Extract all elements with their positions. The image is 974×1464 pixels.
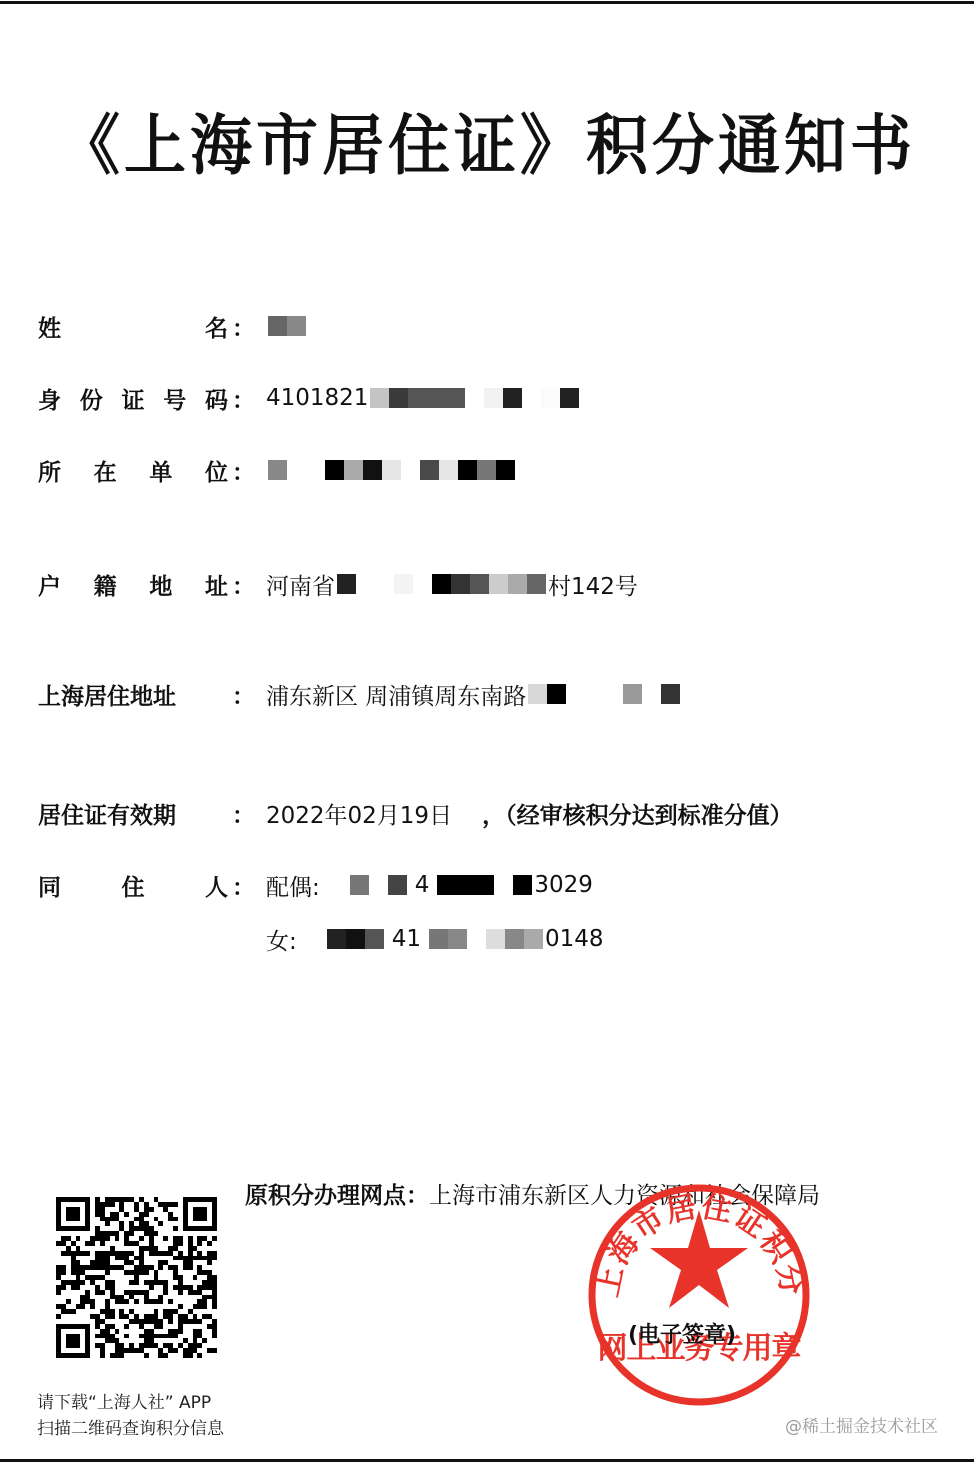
field-label: 身份证号码 <box>38 382 228 415</box>
field-label: 上海居住地址 <box>38 678 228 711</box>
redaction-mosaic <box>437 875 532 895</box>
colon: ： <box>228 678 266 711</box>
colon: ： <box>228 797 266 830</box>
redaction-mosaic <box>370 388 579 408</box>
top-border <box>0 1 974 4</box>
field-label: 姓名 <box>38 310 228 343</box>
redaction-mosaic <box>268 460 515 480</box>
office-label: 原积分办理网点： <box>245 1183 429 1209</box>
qr-caption-line2: 扫描二维码查询积分信息 <box>37 1416 224 1442</box>
validity-note: ，（经审核积分达到标准分值） <box>482 797 793 830</box>
redaction-mosaic <box>337 574 546 594</box>
field-value: 浦东新区 周浦镇周东南路 <box>266 678 682 711</box>
field-value <box>266 316 308 336</box>
field-value: 2022年02月19日，（经审核积分达到标准分值） <box>266 797 793 830</box>
redaction-mosaic <box>528 684 680 704</box>
bottom-border <box>0 1459 974 1462</box>
redaction-mosaic <box>429 929 543 949</box>
field-label: 所在单位 <box>38 454 228 487</box>
cohabitant-value: 女:410148 <box>266 923 604 956</box>
cohabitant-label: 同住人 <box>38 869 228 902</box>
colon: ： <box>228 568 266 601</box>
colon: ： <box>228 869 266 902</box>
qr-caption: 请下载“上海人社” APP 扫描二维码查询积分信息 <box>37 1390 224 1442</box>
watermark: @稀土掘金技术社区 <box>785 1412 938 1437</box>
official-seal-icon: 上海市居住证积分 网上业务专用章 <box>584 1180 814 1410</box>
field-value <box>266 460 517 480</box>
document-title: 《上海市居住证》积分通知书 <box>0 106 974 186</box>
qr-code[interactable] <box>56 1197 217 1358</box>
field-row: 所在单位： <box>38 454 517 486</box>
redaction-mosaic <box>268 316 306 336</box>
field-label: 居住证有效期 <box>38 797 228 830</box>
field-row: 居住证有效期：2022年02月19日，（经审核积分达到标准分值） <box>38 797 793 829</box>
cohabitant-row: 同住人：配偶:43029 <box>38 869 593 901</box>
e-signature-caption: (电子签章) <box>628 1318 736 1349</box>
redaction-mosaic <box>327 929 384 949</box>
cohabitant-row: 女:410148 <box>38 923 604 955</box>
field-row: 户籍地址：河南省村142号 <box>38 568 638 600</box>
redaction-mosaic <box>350 875 407 895</box>
field-value: 4101821 <box>266 385 581 411</box>
colon: ： <box>228 382 266 415</box>
cohabitant-value: 配偶:43029 <box>266 869 593 902</box>
field-row: 上海居住地址：浦东新区 周浦镇周东南路 <box>38 678 682 710</box>
field-value: 河南省村142号 <box>266 568 638 601</box>
qr-caption-line1: 请下载“上海人社” APP <box>37 1390 224 1416</box>
colon: ： <box>228 454 266 487</box>
colon: ： <box>228 310 266 343</box>
field-row: 身份证号码：4101821 <box>38 382 581 414</box>
field-label: 户籍地址 <box>38 568 228 601</box>
field-row: 姓名： <box>38 310 308 342</box>
